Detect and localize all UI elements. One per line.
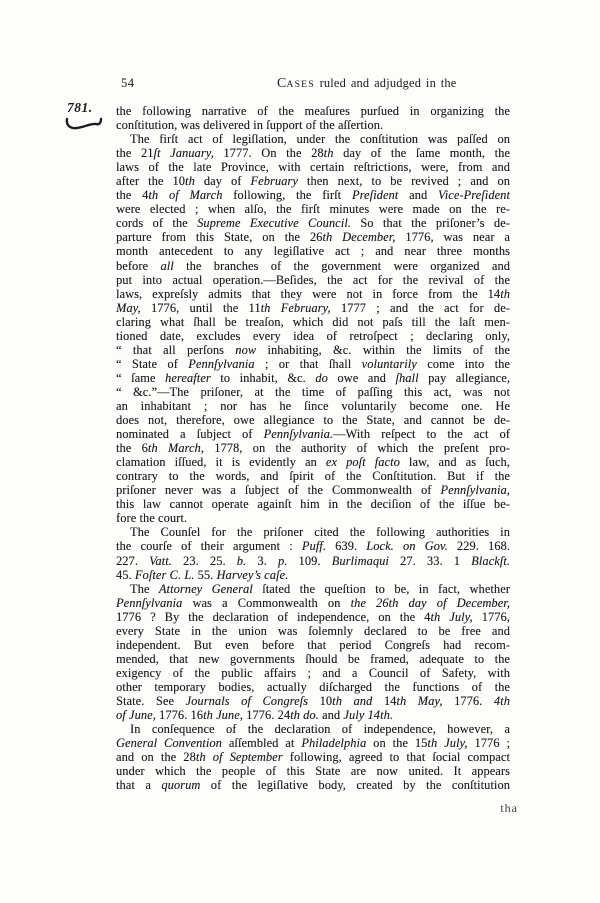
text-line: State. See Journals of Congreſs 10th and… xyxy=(116,694,510,708)
text-line: priſoner never was a ſubject of the Comm… xyxy=(116,483,510,497)
text-line: nominated a ſubject of Pennſylvania.—Wit… xyxy=(116,427,510,441)
text-line: does not, therefore, owe allegiance to t… xyxy=(116,413,510,427)
text-line: 227. Vatt. 23. 25. b. 3. p. 109. Burlima… xyxy=(116,554,510,568)
text-line: Pennſylvania was a Commonwealth on the 2… xyxy=(116,596,510,610)
text-line: In conſequence of the declaration of ind… xyxy=(116,722,510,736)
text-line: and on the 28th of September following, … xyxy=(116,750,510,764)
text-line: put into actual operation.—Beſides, the … xyxy=(116,273,510,287)
catchword: tha xyxy=(116,801,518,816)
text-line: General Convention aſſembled at Philadel… xyxy=(116,736,510,750)
text-line: “ State of Pennſylvania ; or that ſhall … xyxy=(116,357,510,371)
text-line: tioned date, excludes every idea of retr… xyxy=(116,329,510,343)
text-line: other temporary bodies, actually diſchar… xyxy=(116,680,510,694)
text-line: the following narrative of the meaſures … xyxy=(116,104,510,118)
text-block: the following narrative of the meaſures … xyxy=(116,104,510,792)
text-line: the 4th of March following, the firſt Pr… xyxy=(116,188,510,202)
text-line: “ that all perſons now inhabiting, &c. w… xyxy=(116,343,510,357)
text-line: conſtitution, was delivered in ſupport o… xyxy=(116,118,510,132)
text-line: every State in the union was ſolemnly de… xyxy=(116,624,510,638)
text-line: mended, that new governments ſhould be f… xyxy=(116,652,510,666)
text-line: parture from this State, on the 26th Dec… xyxy=(116,230,510,244)
running-title-smallcaps: ASES xyxy=(286,79,314,90)
text-line: before all the branches of the governmen… xyxy=(116,259,510,273)
text-line: this law cannot operate againſt him in t… xyxy=(116,497,510,511)
text-line: were elected ; when alſo, the firſt minu… xyxy=(116,202,510,216)
page-number: 54 xyxy=(121,76,135,91)
running-title: CASES ruled and adjudged in the xyxy=(277,75,457,91)
book-page: 54 CASES ruled and adjudged in the 781. … xyxy=(0,0,600,903)
text-line: laws of the late Province, with certain … xyxy=(116,160,510,174)
text-line: May, 1776, until the 11th February, 1777… xyxy=(116,301,510,315)
text-line: 1776 ? By the declaration of independenc… xyxy=(116,610,510,624)
text-line: independent. But even before that period… xyxy=(116,638,510,652)
running-title-rest: ruled and adjudged in the xyxy=(315,76,457,90)
text-line: after the 10th day of February then next… xyxy=(116,174,510,188)
running-title-initial: C xyxy=(277,75,286,90)
text-line: exigency of the public affairs ; and a C… xyxy=(116,666,510,680)
text-line: contrary to the words, and ſpirit of the… xyxy=(116,469,510,483)
text-line: the 6th March, 1778, on the authority of… xyxy=(116,441,510,455)
text-line: The Counſel for the priſoner cited the f… xyxy=(116,525,510,539)
text-line: fore the court. xyxy=(116,511,510,525)
text-line: under which the people of this State are… xyxy=(116,764,510,778)
text-line: that a quorum of the legiſlative body, c… xyxy=(116,778,510,792)
text-line: month antecedent to any legiſlative act … xyxy=(116,244,510,258)
text-line: “ ſame hereafter to inhabit, &c. do owe … xyxy=(116,371,510,385)
text-line: laws, expreſsly admits that they were no… xyxy=(116,287,510,301)
swash-flourish-icon xyxy=(64,115,104,137)
text-line: cords of the Supreme Executive Council. … xyxy=(116,216,510,230)
text-line: an inhabitant ; nor has he ſince volunta… xyxy=(116,399,510,413)
text-line: claring what ſhall be treaſon, which did… xyxy=(116,315,510,329)
text-line: The Attorney General ſtated the queſtion… xyxy=(116,582,510,596)
text-line: clamation iſſued, it is evidently an ex … xyxy=(116,455,510,469)
text-line: “ &c.”—The priſoner, at the time of paſſ… xyxy=(116,385,510,399)
text-line: The firſt act of legiſlation, under the … xyxy=(116,132,510,146)
text-line: 45. Foſter C. L. 55. Harvey’s caſe. xyxy=(116,568,510,582)
text-line: the 21ſt January, 1777. On the 28th day … xyxy=(116,146,510,160)
text-line: the courſe of their argument : Puff. 639… xyxy=(116,539,510,553)
margin-note: 781. xyxy=(67,100,93,116)
text-line: of June, 1776. 16th June, 1776. 24th do.… xyxy=(116,708,510,722)
